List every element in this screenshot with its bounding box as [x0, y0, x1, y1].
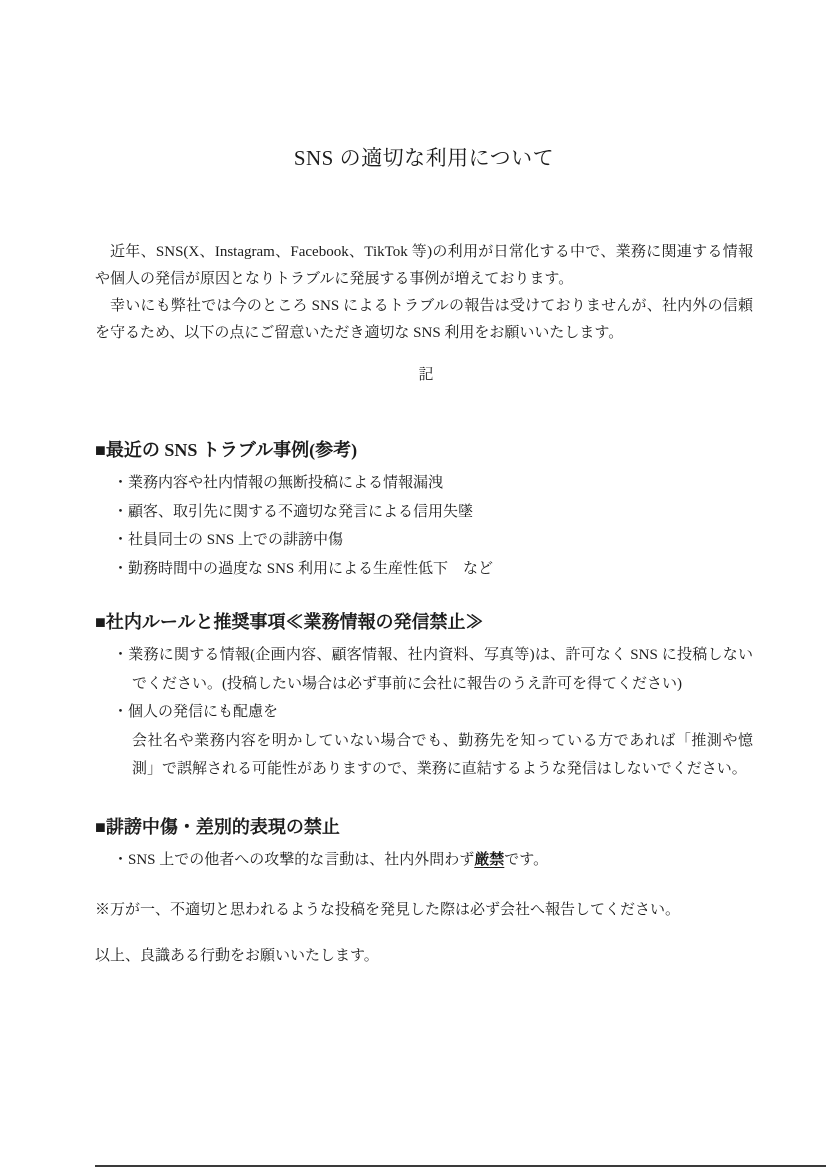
section-sns-trouble-examples: ■最近の SNS トラブル事例(参考) ・業務内容や社内情報の無断投稿による情報…: [95, 437, 753, 583]
section-heading: ■誹謗中傷・差別的表現の禁止: [95, 814, 753, 840]
list-item: ・SNS 上での他者への攻撃的な言動は、社内外問わず厳禁です。: [95, 846, 753, 875]
bottom-rule: [95, 1165, 826, 1167]
intro-block: 近年、SNS(X、Instagram、Facebook、TikTok 等)の利用…: [95, 239, 753, 347]
section-heading: ■社内ルールと推奨事項≪業務情報の発信禁止≫: [95, 609, 753, 635]
list-item: ・業務内容や社内情報の無断投稿による情報漏洩: [95, 469, 753, 498]
ki-marker: 記: [97, 365, 755, 385]
caution-text: ※万が一、不適切と思われるような投稿を発見した際は必ず会社へ報告してください。: [95, 896, 753, 924]
section-heading: ■最近の SNS トラブル事例(参考): [95, 437, 753, 463]
closing-text: 以上、良識ある行動をお願いいたします。: [95, 942, 753, 970]
item-list: ・業務に関する情報(企画内容、顧客情報、社内資料、写真等)は、許可なく SNS …: [95, 641, 753, 784]
section-defamation-prohibition: ■誹謗中傷・差別的表現の禁止 ・SNS 上での他者への攻撃的な言動は、社内外問わ…: [95, 814, 753, 875]
document-content: SNS の適切な利用について 近年、SNS(X、Instagram、Facebo…: [0, 145, 826, 970]
list-item: ・個人の発信にも配慮を: [95, 698, 753, 727]
list-item: ・業務に関する情報(企画内容、顧客情報、社内資料、写真等)は、許可なく SNS …: [95, 641, 753, 698]
item-text-prefix: ・SNS 上での他者への攻撃的な言動は、社内外問わず: [113, 852, 474, 868]
list-item: ・社員同士の SNS 上での誹謗中傷: [95, 526, 753, 555]
item-text-emphasis: 厳禁: [474, 852, 504, 868]
list-item-note: 会社名や業務内容を明かしていない場合でも、勤務先を知っている方であれば「推測や憶…: [132, 727, 753, 784]
section-internal-rules: ■社内ルールと推奨事項≪業務情報の発信禁止≫ ・業務に関する情報(企画内容、顧客…: [95, 609, 753, 784]
intro-paragraph-2: 幸いにも弊社では今のところ SNS によるトラブルの報告は受けておりませんが、社…: [95, 293, 753, 347]
page-title: SNS の適切な利用について: [95, 145, 753, 171]
document-page: SNS の適切な利用について 近年、SNS(X、Instagram、Facebo…: [0, 0, 826, 1169]
list-item: ・勤務時間中の過度な SNS 利用による生産性低下 など: [95, 555, 753, 584]
item-text-suffix: です。: [504, 852, 548, 868]
intro-paragraph-1: 近年、SNS(X、Instagram、Facebook、TikTok 等)の利用…: [95, 239, 753, 293]
item-list: ・SNS 上での他者への攻撃的な言動は、社内外問わず厳禁です。: [95, 846, 753, 875]
list-item: ・顧客、取引先に関する不適切な発言による信用失墜: [95, 498, 753, 527]
item-list: ・業務内容や社内情報の無断投稿による情報漏洩 ・顧客、取引先に関する不適切な発言…: [95, 469, 753, 583]
